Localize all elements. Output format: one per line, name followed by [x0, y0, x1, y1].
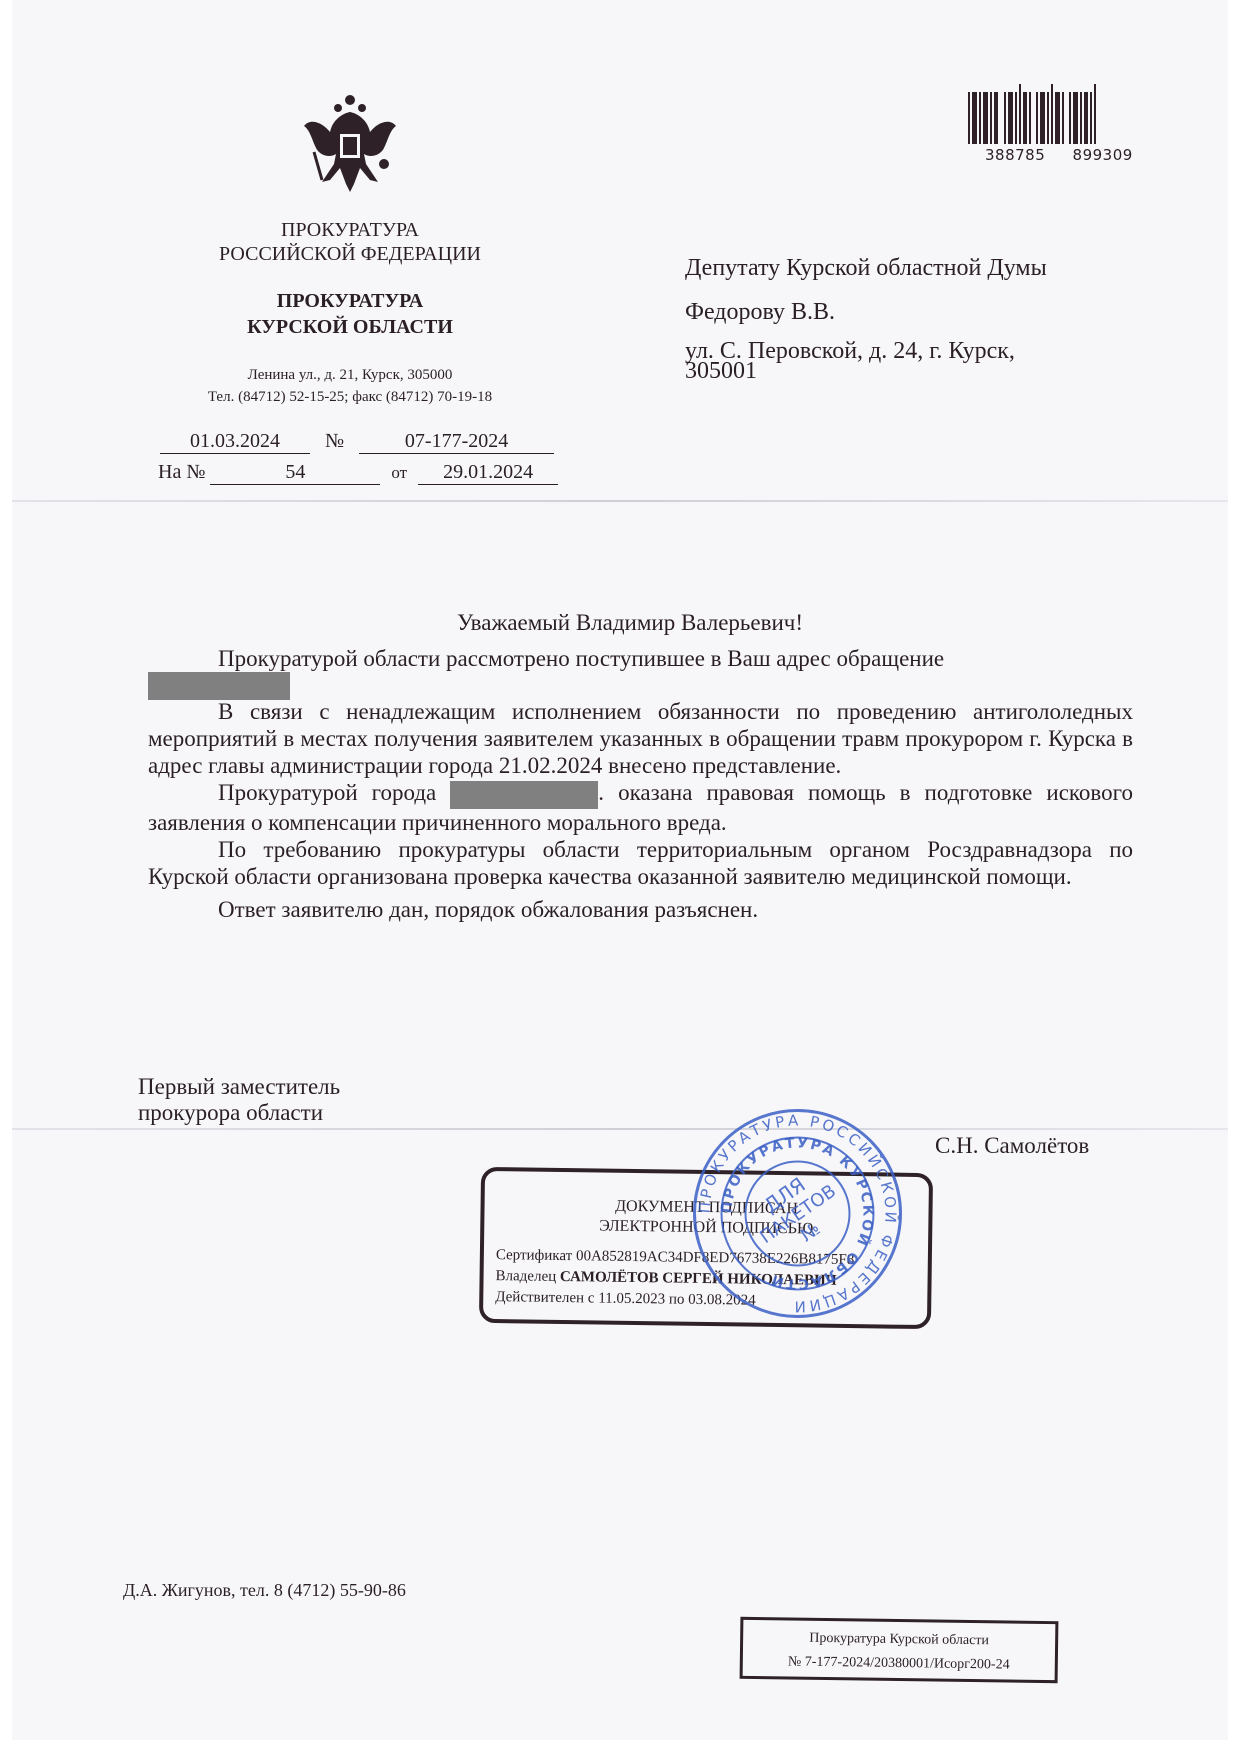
coat-of-arms-icon — [300, 92, 400, 194]
paragraph-1-text: Прокуратурой области рассмотрено поступи… — [218, 646, 944, 671]
recipient-block: Депутату Курской областной Думы Федорову… — [685, 253, 1047, 395]
paragraph-3: Прокуратурой города . оказана правовая п… — [148, 779, 1133, 836]
letter-body: Прокуратурой области рассмотрено поступи… — [148, 645, 1133, 923]
office-address-block: Ленина ул., д. 21, Курск, 305000 Тел. (8… — [160, 364, 540, 408]
redacted-line — [148, 670, 1133, 698]
barcode-icon — [968, 92, 1178, 144]
outgoing-number: 07-177-2024 — [359, 430, 554, 454]
org-line-1: ПРОКУРАТУРА — [190, 218, 510, 242]
barcode-number: 388785 899309 — [985, 146, 1133, 164]
from-label: от — [391, 463, 407, 482]
number-label: № — [325, 430, 344, 452]
esig-certificate-label: Сертификат — [496, 1247, 573, 1264]
scan-fold-line-2 — [12, 1128, 1228, 1130]
esig-owner-label: Владелец — [495, 1268, 556, 1285]
office-address: Ленина ул., д. 21, Курск, 305000 — [160, 364, 540, 386]
signer-position-line-2: прокурора области — [138, 1100, 340, 1126]
redacted-applicant-name-2 — [450, 781, 598, 809]
letter-greeting: Уважаемый Владимир Валерьевич! — [130, 610, 1130, 636]
esig-valid-from: 11.05.2023 — [598, 1291, 665, 1308]
in-reply-label: На № — [158, 461, 205, 483]
outgoing-date: 01.03.2024 — [160, 430, 310, 454]
barcode-left-digits: 388785 — [985, 146, 1045, 164]
in-reply-number: 54 — [210, 461, 380, 485]
executor-contact: Д.А. Жигунов, тел. 8 (4712) 55-90-86 — [123, 1580, 406, 1601]
signer-name: С.Н. Самолётов — [935, 1133, 1089, 1159]
paragraph-5: Ответ заявителю дан, порядок обжалования… — [148, 896, 1133, 923]
paragraph-3-start: Прокуратурой города — [218, 780, 450, 805]
outgoing-registration: 01.03.2024 № 07-177-2024 — [160, 430, 554, 454]
office-header: ПРОКУРАТУРА КУРСКОЙ ОБЛАСТИ — [190, 288, 510, 340]
office-line-1: ПРОКУРАТУРА — [190, 288, 510, 314]
in-reply-registration: На № 54 от 29.01.2024 — [158, 461, 558, 485]
paragraph-1: Прокуратурой области рассмотрено поступи… — [148, 645, 1133, 672]
official-seal-icon: ПРОКУРАТУРА РОССИЙСКОЙ ФЕДЕРАЦИИ ПРОКУРА… — [690, 1106, 905, 1321]
registry-stamp-box: Прокуратура Курской области № 7-177-2024… — [740, 1617, 1059, 1683]
organization-header: ПРОКУРАТУРА РОССИЙСКОЙ ФЕДЕРАЦИИ — [190, 218, 510, 266]
signer-position: Первый заместитель прокурора области — [138, 1074, 340, 1126]
org-line-2: РОССИЙСКОЙ ФЕДЕРАЦИИ — [190, 242, 510, 266]
office-line-2: КУРСКОЙ ОБЛАСТИ — [190, 314, 510, 340]
paragraph-2: В связи с ненадлежащим исполнением обяза… — [148, 698, 1133, 779]
paragraph-4: По требованию прокуратуры области террит… — [148, 836, 1133, 890]
recipient-name: Федорову В.В. — [685, 297, 1047, 327]
esig-valid-label: Действителен с — [495, 1289, 594, 1306]
redacted-applicant-name — [148, 672, 290, 700]
signer-position-line-1: Первый заместитель — [138, 1074, 340, 1100]
recipient-address-line-2: 305001 — [685, 361, 1047, 381]
office-contacts: Тел. (84712) 52-15-25; факс (84712) 70-1… — [160, 386, 540, 408]
recipient-position: Депутату Курской областной Думы — [685, 253, 1047, 283]
esig-valid-to-label: по — [669, 1291, 685, 1307]
barcode-right-digits: 899309 — [1073, 146, 1133, 164]
registry-number: № 7-177-2024/20380001/Исорг200-24 — [743, 1650, 1055, 1678]
in-reply-date: 29.01.2024 — [418, 461, 558, 485]
scan-fold-line — [12, 500, 1228, 502]
